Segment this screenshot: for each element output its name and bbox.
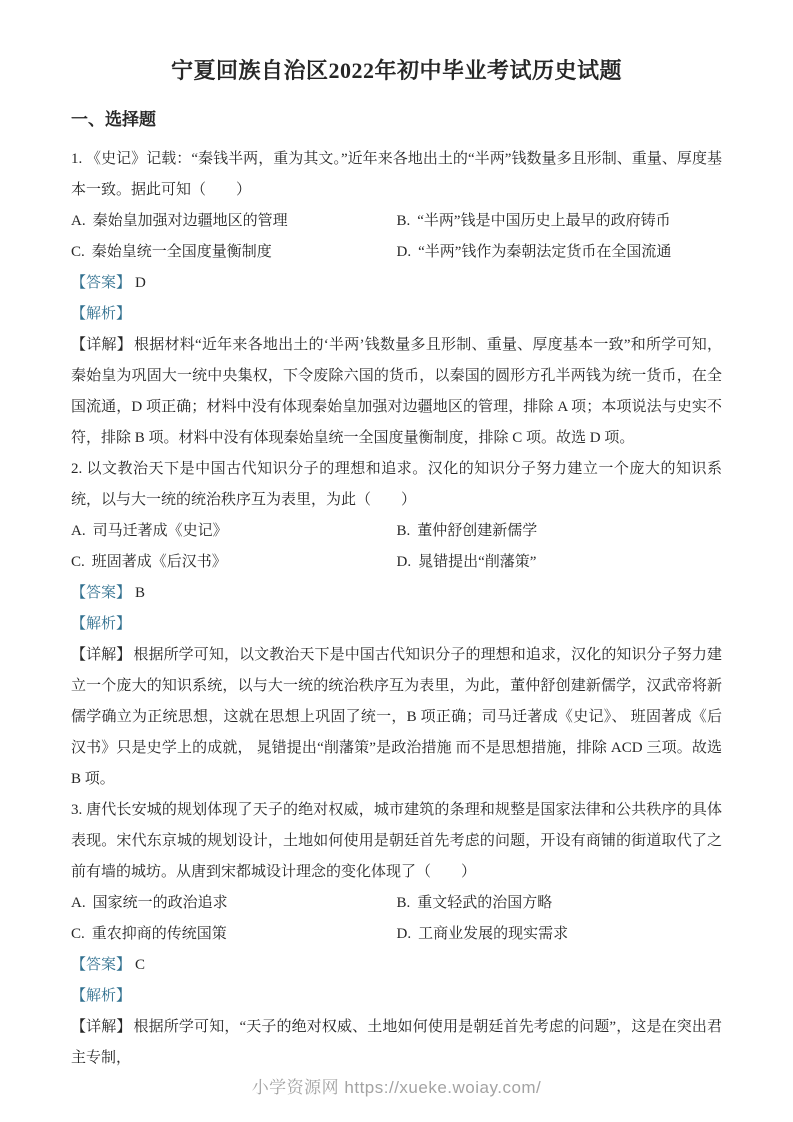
option-key: B.	[397, 213, 411, 229]
section-header: 一、选择题	[71, 106, 722, 134]
exam-document-page: 宁夏回族自治区2022年初中毕业考试历史试题 一、选择题 1. 《史记》记载：“…	[0, 0, 793, 1122]
answer-value: C	[135, 957, 145, 973]
detail-paragraph: 【详解】根据所学可知，“天子的绝对权威、土地如何使用是朝廷首先考虑的问题”，这是…	[71, 1012, 722, 1074]
answer-line: 【答案】D	[71, 268, 722, 299]
detail-label: 【详解】	[71, 647, 131, 663]
analysis-line: 【解析】	[71, 299, 722, 330]
answer-line: 【答案】B	[71, 578, 722, 609]
option-key: C.	[71, 244, 85, 260]
option-text: “半两”钱作为秦朝法定货币在全国流通	[418, 244, 671, 260]
analysis-line: 【解析】	[71, 609, 722, 640]
option-b: B.董仲舒创建新儒学	[397, 516, 723, 547]
page-title: 宁夏回族自治区2022年初中毕业考试历史试题	[71, 56, 722, 86]
option-row: C.班固著成《后汉书》 D.晁错提出“削藩策”	[71, 547, 722, 578]
option-a: A.国家统一的政治追求	[71, 888, 397, 919]
option-key: D.	[397, 244, 412, 260]
answer-label: 【答案】	[71, 957, 131, 973]
analysis-label: 【解析】	[71, 988, 131, 1004]
option-text: 司马迁著成《史记》	[93, 523, 228, 539]
analysis-label: 【解析】	[71, 306, 131, 322]
option-b: B.重文轻武的治国方略	[397, 888, 723, 919]
option-a: A.秦始皇加强对边疆地区的管理	[71, 206, 397, 237]
document-content: 宁夏回族自治区2022年初中毕业考试历史试题 一、选择题 1. 《史记》记载：“…	[0, 0, 793, 1074]
answer-value: B	[135, 585, 145, 601]
option-text: 重文轻武的治国方略	[417, 895, 552, 911]
option-c: C.秦始皇统一全国度量衡制度	[71, 237, 397, 268]
option-d: D.工商业发展的现实需求	[397, 919, 723, 950]
detail-label: 【详解】	[71, 1019, 132, 1035]
option-c: C.重农抑商的传统国策	[71, 919, 397, 950]
detail-text: 根据所学可知，以文教治天下是中国古代知识分子的理想和追求，汉化的知识分子努力建立…	[71, 647, 722, 787]
question-2: 2. 以文教治天下是中国古代知识分子的理想和追求。汉化的知识分子努力建立一个庞大…	[71, 454, 722, 795]
option-key: D.	[397, 926, 412, 942]
answer-line: 【答案】C	[71, 950, 722, 981]
option-text: “半两”钱是中国历史上最早的政府铸币	[417, 213, 670, 229]
detail-text: 根据所学可知，“天子的绝对权威、土地如何使用是朝廷首先考虑的问题”，这是在突出君…	[71, 1019, 722, 1066]
detail-paragraph: 【详解】根据所学可知，以文教治天下是中国古代知识分子的理想和追求，汉化的知识分子…	[71, 640, 722, 795]
question-3: 3. 唐代长安城的规划体现了天子的绝对权威，城市建筑的条理和规整是国家法律和公共…	[71, 795, 722, 1074]
option-text: 秦始皇统一全国度量衡制度	[92, 244, 272, 260]
answer-label: 【答案】	[71, 275, 131, 291]
option-text: 晁错提出“削藩策”	[418, 554, 536, 570]
option-text: 工商业发展的现实需求	[418, 926, 568, 942]
option-row: A.司马迁著成《史记》 B.董仲舒创建新儒学	[71, 516, 722, 547]
option-c: C.班固著成《后汉书》	[71, 547, 397, 578]
option-d: D.“半两”钱作为秦朝法定货币在全国流通	[397, 237, 723, 268]
option-key: D.	[397, 554, 412, 570]
detail-paragraph: 【详解】根据材料“近年来各地出土的‘半两’钱数量多且形制、重量、厚度基本一致”和…	[71, 330, 722, 454]
detail-text: 根据材料“近年来各地出土的‘半两’钱数量多且形制、重量、厚度基本一致”和所学可知…	[71, 337, 722, 446]
option-text: 秦始皇加强对边疆地区的管理	[93, 213, 288, 229]
option-row: A.秦始皇加强对边疆地区的管理 B.“半两”钱是中国历史上最早的政府铸币	[71, 206, 722, 237]
option-row: C.秦始皇统一全国度量衡制度 D.“半两”钱作为秦朝法定货币在全国流通	[71, 237, 722, 268]
option-key: B.	[397, 523, 411, 539]
option-row: C.重农抑商的传统国策 D.工商业发展的现实需求	[71, 919, 722, 950]
question-stem: 1. 《史记》记载：“秦钱半两，重为其文。”近年来各地出土的“半两”钱数量多且形…	[71, 144, 722, 206]
answer-value: D	[135, 275, 146, 291]
option-text: 董仲舒创建新儒学	[417, 523, 537, 539]
option-key: B.	[397, 895, 411, 911]
option-key: A.	[71, 523, 86, 539]
option-key: A.	[71, 213, 86, 229]
question-stem: 3. 唐代长安城的规划体现了天子的绝对权威，城市建筑的条理和规整是国家法律和公共…	[71, 795, 722, 888]
option-text: 班固著成《后汉书》	[92, 554, 227, 570]
option-key: A.	[71, 895, 86, 911]
option-b: B.“半两”钱是中国历史上最早的政府铸币	[397, 206, 723, 237]
analysis-line: 【解析】	[71, 981, 722, 1012]
option-key: C.	[71, 554, 85, 570]
answer-label: 【答案】	[71, 585, 131, 601]
option-text: 国家统一的政治追求	[93, 895, 228, 911]
footer-watermark: 小学资源网 https://xueke.woiay.com/	[0, 1073, 793, 1098]
analysis-label: 【解析】	[71, 616, 131, 632]
option-d: D.晁错提出“削藩策”	[397, 547, 723, 578]
option-text: 重农抑商的传统国策	[92, 926, 227, 942]
question-stem: 2. 以文教治天下是中国古代知识分子的理想和追求。汉化的知识分子努力建立一个庞大…	[71, 454, 722, 516]
detail-label: 【详解】	[71, 337, 132, 353]
option-key: C.	[71, 926, 85, 942]
option-a: A.司马迁著成《史记》	[71, 516, 397, 547]
option-row: A.国家统一的政治追求 B.重文轻武的治国方略	[71, 888, 722, 919]
question-1: 1. 《史记》记载：“秦钱半两，重为其文。”近年来各地出土的“半两”钱数量多且形…	[71, 144, 722, 454]
